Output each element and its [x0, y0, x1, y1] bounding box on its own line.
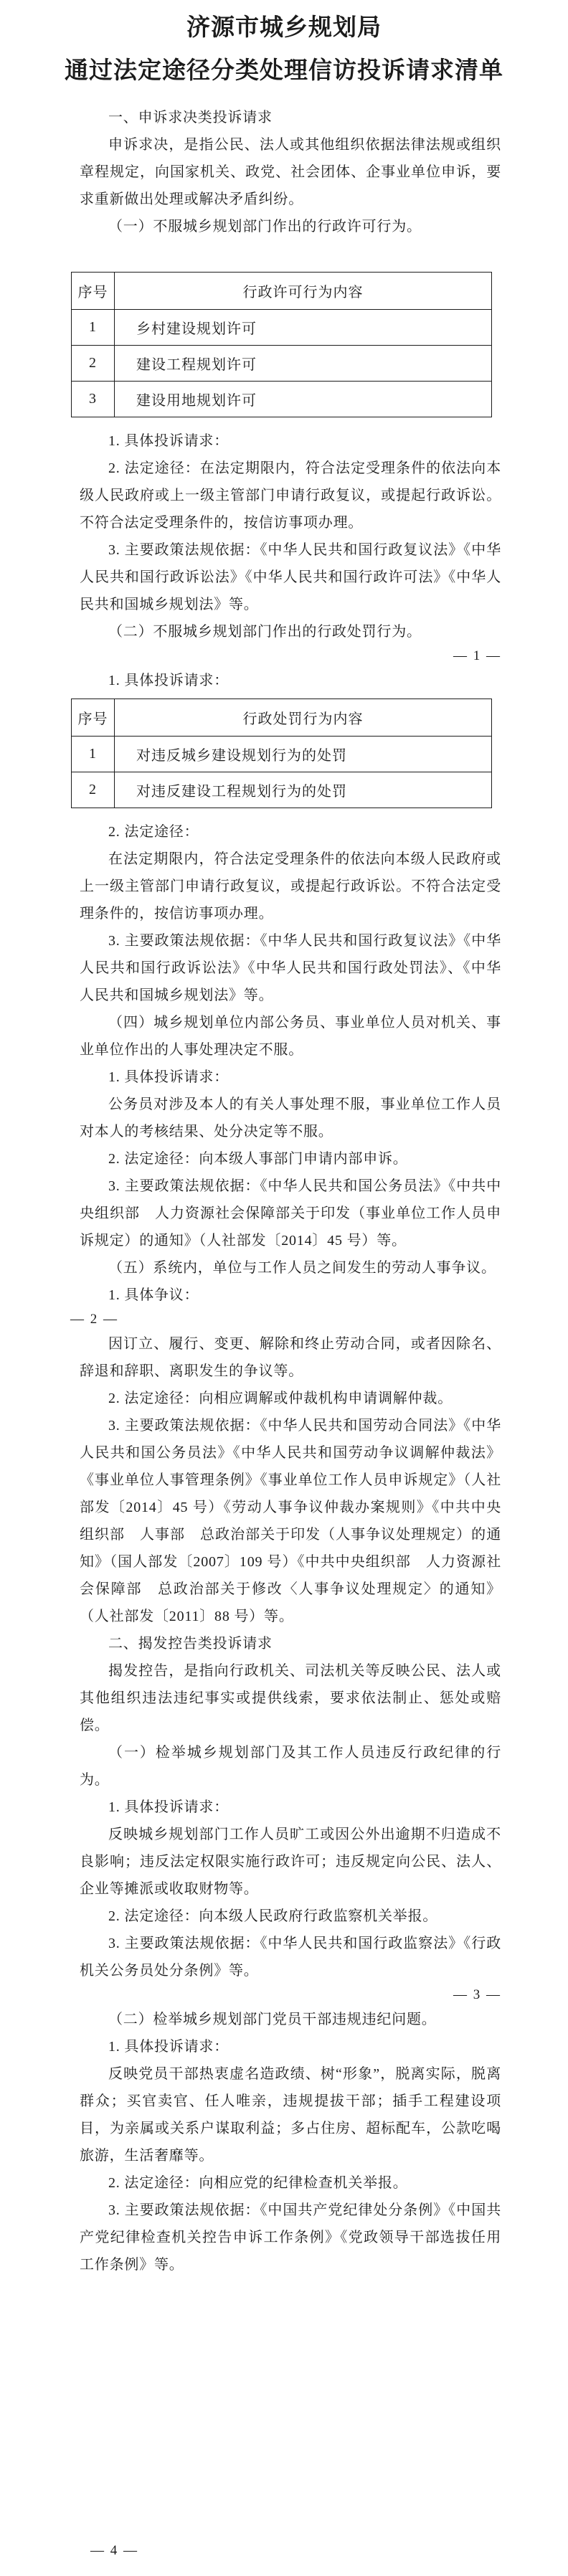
table-header-seq: 序号: [72, 699, 115, 737]
section-2-heading: 二、揭发控告类投诉请求: [80, 1630, 501, 1657]
page-number-2: — 2 —: [70, 1309, 501, 1330]
paragraph-item-1-2: （二）不服城乡规划部门作出的行政处罚行为。: [80, 618, 501, 645]
document-title-line1: 济源市城乡规划局: [0, 14, 568, 42]
paragraph-legal-basis: 3. 主要政策法规依据：《中华人民共和国行政复议法》《中华人民共和国行政诉讼法》…: [80, 927, 501, 1009]
page-number-4: — 4 —: [90, 2543, 138, 2559]
paragraph-definition-shensu: 申诉求决，是指公民、法人或其他组织依据法律法规或组织章程规定，向国家机关、政党、…: [80, 131, 501, 213]
paragraph-request-detail: 反映城乡规划部门工作人员旷工或因公外出逾期不归造成不良影响；违反法定权限实施行政…: [80, 1821, 501, 1903]
paragraph-request: 1. 具体投诉请求：: [80, 427, 501, 455]
paragraph-legal-basis: 3. 主要政策法规依据：《中华人民共和国劳动合同法》《中华人民共和国公务员法》《…: [80, 1412, 501, 1630]
paragraph-definition-jiefa: 揭发控告，是指向行政机关、司法机关等反映公民、法人或其他组织违法违纪事实或提供线…: [80, 1657, 501, 1739]
paragraph-item-1-5: （五）系统内，单位与工作人员之间发生的劳动人事争议。: [80, 1254, 501, 1282]
paragraph-item-1-1: （一）不服城乡规划部门作出的行政许可行为。: [80, 213, 501, 240]
paragraph-request: 1. 具体投诉请求：: [80, 2033, 501, 2060]
table-cell-seq: 2: [72, 772, 115, 808]
paragraph-request-detail: 反映党员干部热衷虚名造政绩、树“形象”，脱离实际，脱离群众；买官卖官、任人唯亲，…: [80, 2060, 501, 2169]
admin-penalty-table: 序号 行政处罚行为内容 1 对违反城乡建设规划行为的处罚 2 对违反建设工程规划…: [71, 699, 492, 808]
table-row: 2 建设工程规划许可: [72, 346, 492, 382]
paragraph-item-2-2: （二）检举城乡规划部门党员干部违规违纪问题。: [80, 2006, 501, 2033]
paragraph-request: 1. 具体投诉请求：: [80, 1794, 501, 1821]
table-row: 1 对违反城乡建设规划行为的处罚: [72, 737, 492, 772]
document-title-line2: 通过法定途径分类处理信访投诉请求清单: [0, 57, 568, 85]
admin-permit-table: 序号 行政许可行为内容 1 乡村建设规划许可 2 建设工程规划许可 3 建设用地…: [71, 272, 492, 417]
document-header: 济源市城乡规划局 通过法定途径分类处理信访投诉请求清单: [0, 0, 568, 85]
paragraph-legal-basis: 3. 主要政策法规依据：《中华人民共和国行政监察法》《行政机关公务员处分条例》等…: [80, 1930, 501, 1984]
table-cell-content: 建设工程规划许可: [115, 346, 492, 382]
paragraph-request-detail: 公务员对涉及本人的有关人事处理不服，事业单位工作人员对本人的考核结果、处分决定等…: [80, 1091, 501, 1145]
paragraph-legal-channel: 2. 法定途径：向相应调解或仲裁机构申请调解仲裁。: [80, 1385, 501, 1412]
document-body: 一、申诉求决类投诉请求 申诉求决，是指公民、法人或其他组织依据法律法规或组织章程…: [80, 104, 501, 2278]
table-row: 1 乡村建设规划许可: [72, 310, 492, 346]
table-cell-seq: 2: [72, 346, 115, 382]
paragraph-request: 1. 具体投诉请求：: [80, 667, 501, 694]
table-header-seq: 序号: [72, 273, 115, 310]
paragraph-legal-channel: 2. 法定途径：: [80, 818, 501, 846]
table-header-row: 序号 行政处罚行为内容: [72, 699, 492, 737]
paragraph-legal-channel: 2. 法定途径：向本级人事部门申请内部申诉。: [80, 1145, 501, 1173]
table-cell-content: 建设用地规划许可: [115, 382, 492, 417]
table-row: 2 对违反建设工程规划行为的处罚: [72, 772, 492, 808]
page-number-3: — 3 —: [80, 1984, 501, 2006]
paragraph-dispute: 1. 具体争议：: [80, 1282, 501, 1309]
document-page: 济源市城乡规划局 通过法定途径分类处理信访投诉请求清单 一、申诉求决类投诉请求 …: [0, 0, 568, 2576]
table-cell-seq: 1: [72, 737, 115, 772]
table-cell-seq: 1: [72, 310, 115, 346]
paragraph-legal-channel: 2. 法定途径：向本级人民政府行政监察机关举报。: [80, 1903, 501, 1930]
paragraph-request: 1. 具体投诉请求：: [80, 1064, 501, 1091]
table-row: 3 建设用地规划许可: [72, 382, 492, 417]
table-cell-content: 对违反城乡建设规划行为的处罚: [115, 737, 492, 772]
paragraph-legal-basis: 3. 主要政策法规依据：《中国共产党纪律处分条例》《中国共产党纪律检查机关控告申…: [80, 2197, 501, 2278]
table-header-content: 行政许可行为内容: [115, 273, 492, 310]
table-header-row: 序号 行政许可行为内容: [72, 273, 492, 310]
paragraph-legal-channel: 2. 法定途径：向相应党的纪律检查机关举报。: [80, 2169, 501, 2197]
paragraph-legal-channel: 2. 法定途径：在法定期限内，符合法定受理条件的依法向本级人民政府或上一级主管部…: [80, 455, 501, 536]
paragraph-item-2-1: （一）检举城乡规划部门及其工作人员违反行政纪律的行为。: [80, 1739, 501, 1794]
page-number-1: — 1 —: [80, 645, 501, 667]
table-cell-content: 对违反建设工程规划行为的处罚: [115, 772, 492, 808]
paragraph-legal-basis: 3. 主要政策法规依据：《中华人民共和国公务员法》《中共中央组织部 人力资源社会…: [80, 1173, 501, 1254]
table-cell-seq: 3: [72, 382, 115, 417]
table-header-content: 行政处罚行为内容: [115, 699, 492, 737]
paragraph-dispute-detail: 因订立、履行、变更、解除和终止劳动合同，或者因除名、辞退和辞职、离职发生的争议等…: [80, 1330, 501, 1385]
paragraph-legal-channel-detail: 在法定期限内，符合法定受理条件的依法向本级人民政府或上一级主管部门申请行政复议，…: [80, 846, 501, 927]
paragraph-item-1-4: （四）城乡规划单位内部公务员、事业单位人员对机关、事业单位作出的人事处理决定不服…: [80, 1009, 501, 1064]
section-1-heading: 一、申诉求决类投诉请求: [80, 104, 501, 131]
paragraph-legal-basis: 3. 主要政策法规依据：《中华人民共和国行政复议法》《中华人民共和国行政诉讼法》…: [80, 536, 501, 618]
table-cell-content: 乡村建设规划许可: [115, 310, 492, 346]
